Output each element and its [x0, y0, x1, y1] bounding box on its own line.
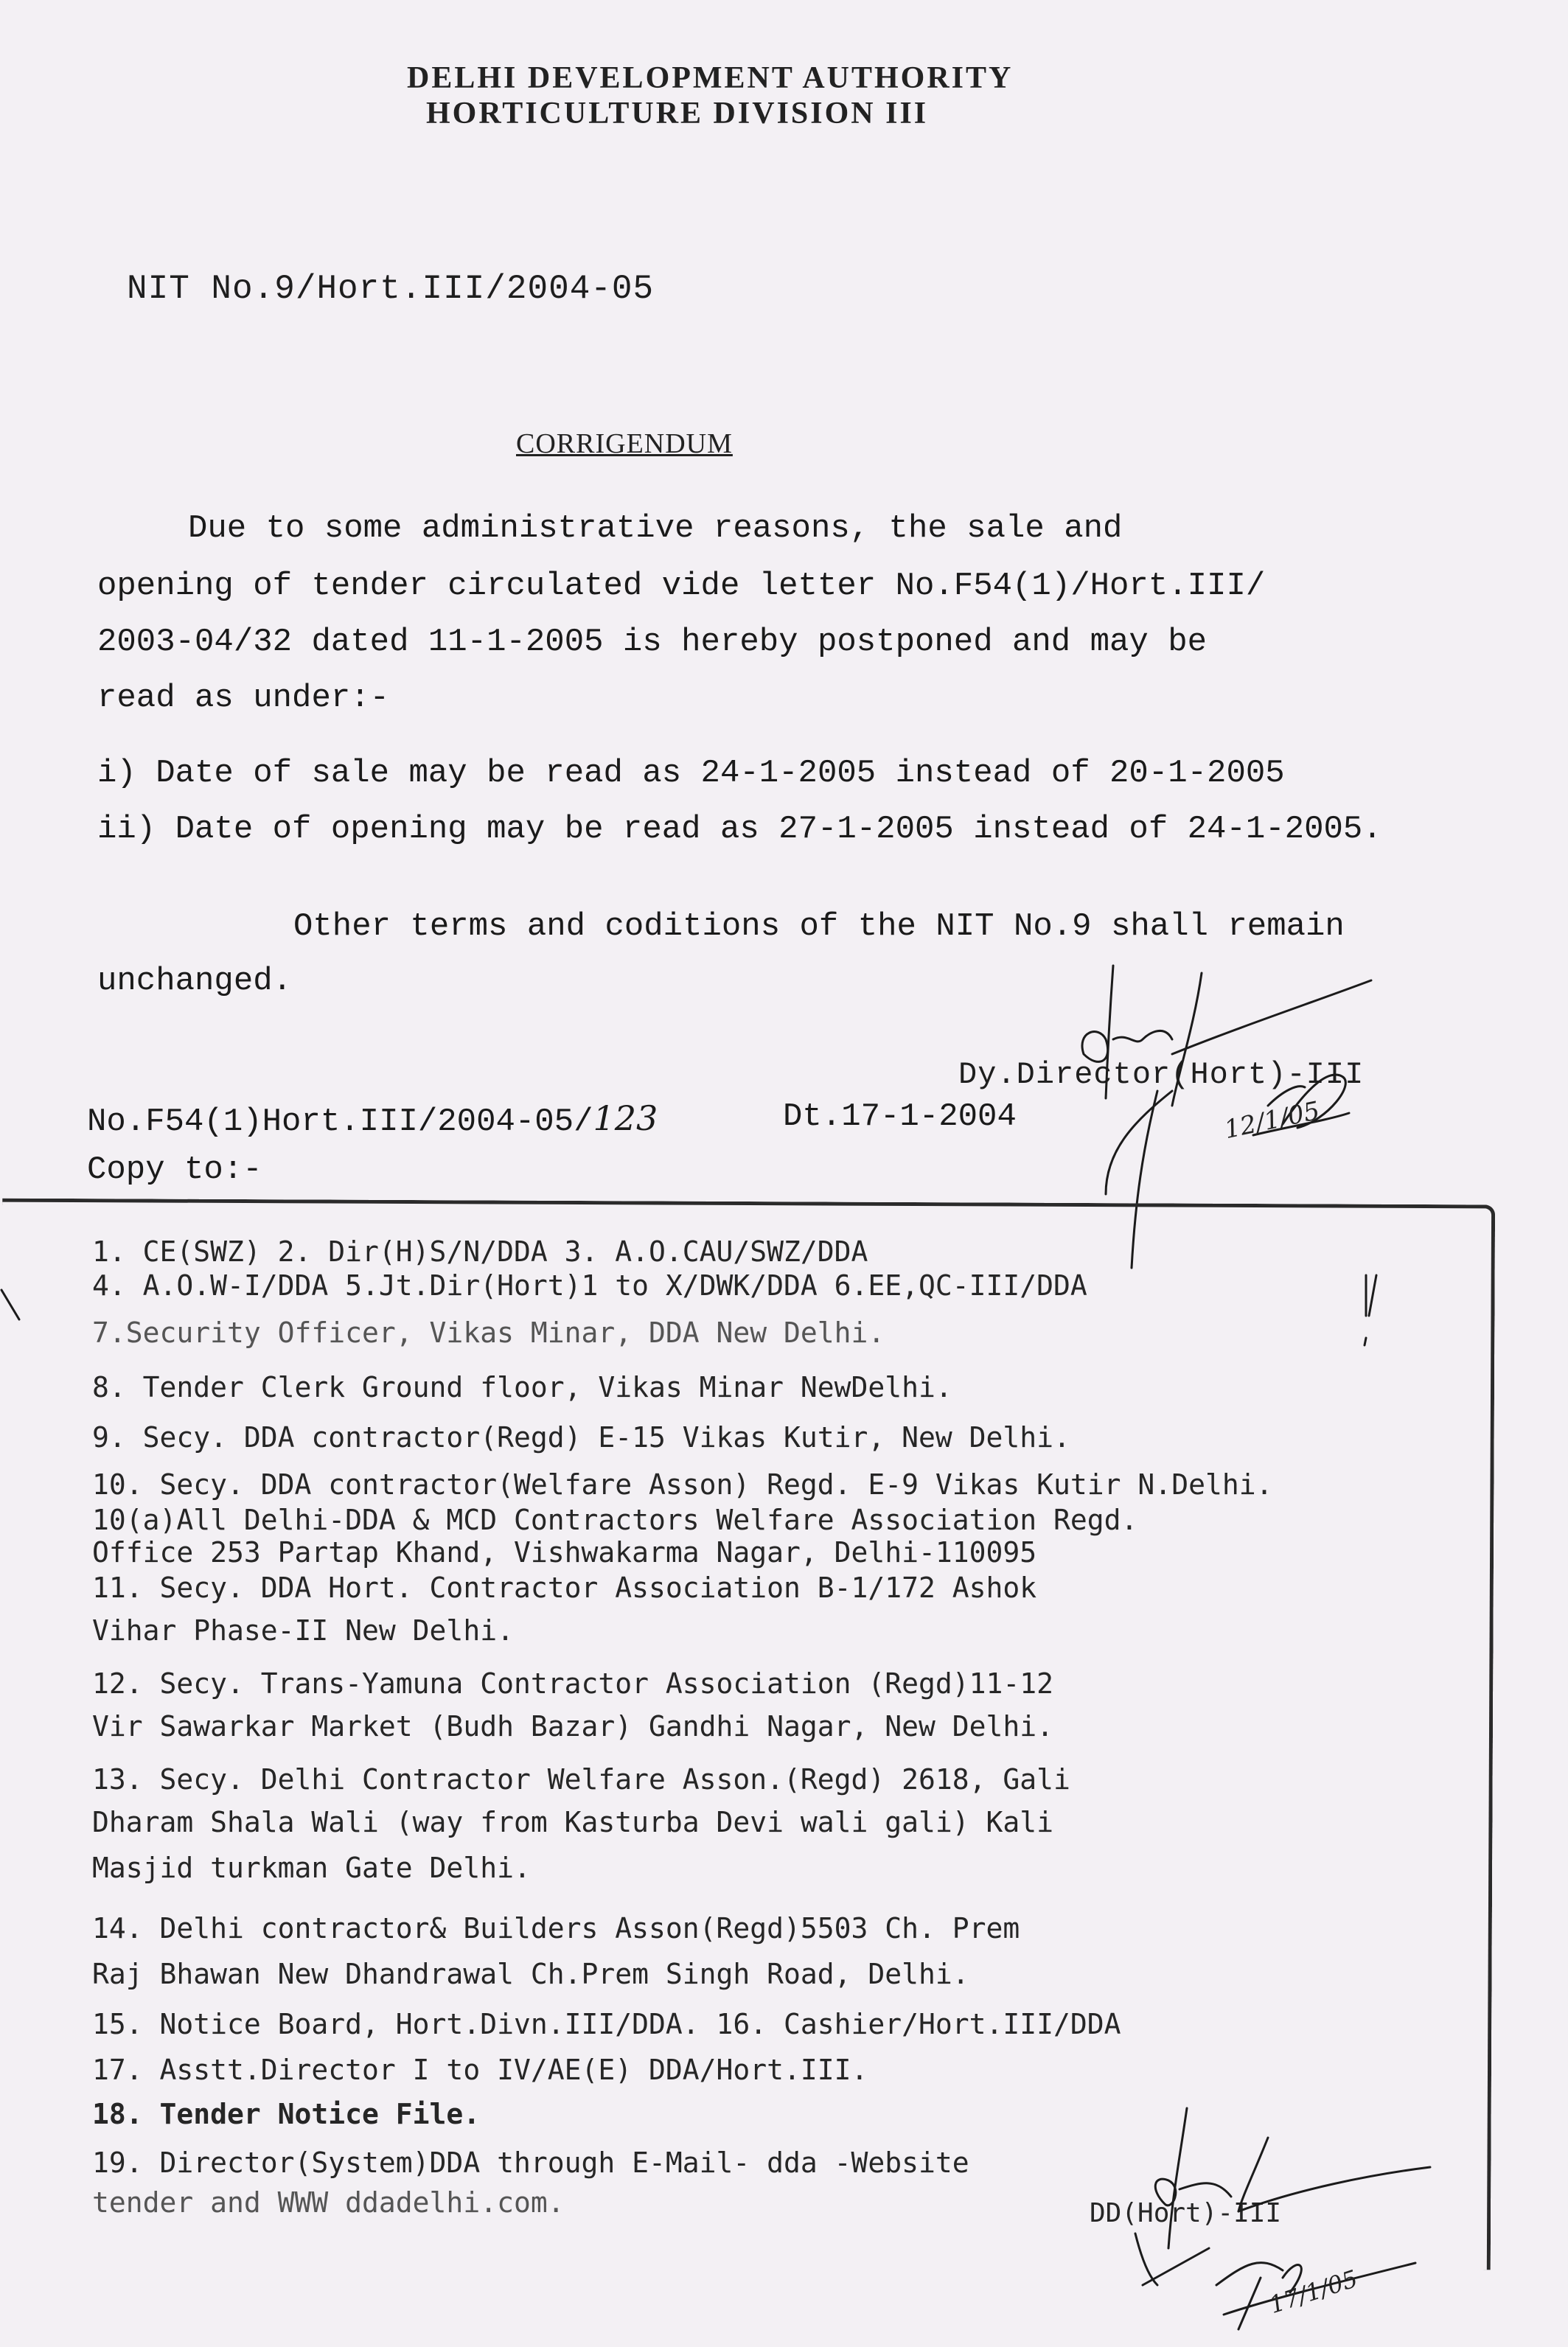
- copy-line: Masjid turkman Gate Delhi.: [92, 1852, 531, 1884]
- copy-line: 9. Secy. DDA contractor(Regd) E-15 Vikas…: [92, 1421, 1070, 1454]
- amendment-label: ii): [97, 811, 156, 848]
- copy-line: 10. Secy. DDA contractor(Welfare Asson) …: [92, 1468, 1272, 1501]
- copy-line: 10(a)All Delhi-DDA & MCD Contractors Wel…: [92, 1504, 1137, 1536]
- copy-line: 11. Secy. DDA Hort. Contractor Associati…: [92, 1572, 1036, 1604]
- margin-mark: [0, 1283, 29, 1342]
- copy-line: Vihar Phase-II New Delhi.: [92, 1614, 514, 1647]
- copy-line: 4. A.O.W-I/DDA 5.Jt.Dir(Hort)1 to X/DWK/…: [92, 1269, 1087, 1302]
- copy-line: Vir Sawarkar Market (Budh Bazar) Gandhi …: [92, 1710, 1053, 1743]
- reference-date: Dt.17-1-2004: [783, 1098, 1017, 1135]
- amendment-2: ii) Date of opening may be read as 27-1-…: [97, 811, 1382, 848]
- body-line-1: Due to some administrative reasons, the …: [188, 510, 1122, 547]
- copy-line: 12. Secy. Trans-Yamuna Contractor Associ…: [92, 1667, 1053, 1700]
- closing-line-1: Other terms and coditions of the NIT No.…: [293, 908, 1345, 945]
- copy-line: Dharam Shala Wali (way from Kasturba Dev…: [92, 1806, 1053, 1838]
- amendment-text: Date of sale may be read as 24-1-2005 in…: [156, 755, 1284, 792]
- body-line-3: 2003-04/32 dated 11-1-2005 is hereby pos…: [97, 624, 1207, 660]
- copy-line: Raj Bhawan New Dhandrawal Ch.Prem Singh …: [92, 1958, 969, 1990]
- amendment-label: i): [97, 755, 136, 792]
- body-line-2: opening of tender circulated vide letter…: [97, 568, 1265, 604]
- copy-line: 15. Notice Board, Hort.Divn.III/DDA. 16.…: [92, 2008, 1121, 2040]
- amendment-text: Date of opening may be read as 27-1-2005…: [175, 811, 1382, 848]
- reference-number-handwritten: 123: [593, 1098, 658, 1138]
- copy-line: 13. Secy. Delhi Contractor Welfare Asson…: [92, 1763, 1070, 1796]
- copy-line: 19. Director(System)DDA through E-Mail- …: [92, 2147, 969, 2179]
- organization-name: DELHI DEVELOPMENT AUTHORITY: [407, 60, 1013, 96]
- copy-line: 7.Security Officer, Vikas Minar, DDA New…: [92, 1317, 885, 1349]
- signature-dy-director: [1062, 958, 1415, 1209]
- copy-line: 8. Tender Clerk Ground floor, Vikas Mina…: [92, 1371, 952, 1403]
- body-line-4: read as under:-: [97, 680, 389, 716]
- copy-line: Office 253 Partap Khand, Vishwakarma Nag…: [92, 1536, 1036, 1569]
- nit-number: NIT No.9/Hort.III/2004-05: [127, 270, 654, 308]
- division-name: HORTICULTURE DIVISION III: [426, 96, 928, 131]
- closing-line-2: unchanged.: [97, 963, 292, 1000]
- amendment-1: i) Date of sale may be read as 24-1-2005…: [97, 755, 1285, 792]
- reference-number-typed: No.F54(1)Hort.III/2004-05/: [87, 1103, 593, 1140]
- copy-line: 14. Delhi contractor& Builders Asson(Reg…: [92, 1912, 1020, 1945]
- copy-line: 1. CE(SWZ) 2. Dir(H)S/N/DDA 3. A.O.CAU/S…: [92, 1235, 868, 1268]
- copy-line: 17. Asstt.Director I to IV/AE(E) DDA/Hor…: [92, 2054, 868, 2086]
- copy-to-heading: Copy to:-: [87, 1151, 262, 1188]
- check-mark: [1360, 1272, 1390, 1353]
- copy-line: tender and WWW ddadelhi.com.: [92, 2186, 565, 2219]
- copy-line: 18. Tender Notice File.: [92, 2098, 480, 2130]
- reference-number: No.F54(1)Hort.III/2004-05/123: [87, 1098, 658, 1140]
- document-title: CORRIGENDUM: [516, 428, 733, 460]
